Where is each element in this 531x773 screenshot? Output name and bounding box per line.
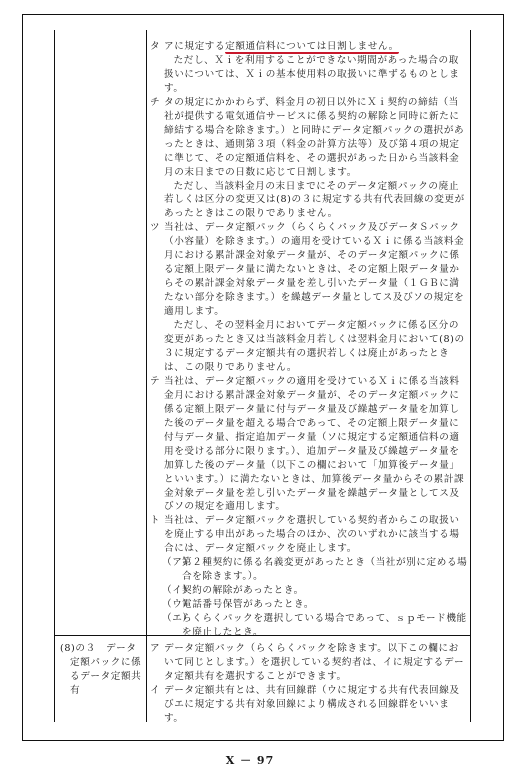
clause-mark: テ [150, 375, 160, 389]
table-column-divider [146, 30, 147, 722]
clause-chi: チ タの規定にかかわらず、料金月の初日以外にＸｉ契約の締結（当社が提供する電気通… [150, 96, 468, 222]
clause-lead: アに規定する [164, 41, 225, 52]
clause-a: ア データ定額パック（らくらくパックを除きます。以下この欄において同じとします。… [150, 642, 468, 684]
clause-i: イ データ定額共有とは、共有回線群（ウに規定する共有代表回線及びエに規定する共有… [150, 684, 468, 726]
clause-mark: ア [150, 642, 160, 656]
table-left-border [54, 30, 55, 722]
section2-content: ア データ定額パック（らくらくパックを除きます。以下この欄において同じとします。… [150, 642, 468, 726]
subclause-body: らくらくパックを選択している場合であって、ｓｐモード機能を廃止したとき。 [182, 612, 468, 640]
clause-mark: イ [150, 684, 160, 698]
clause-mark: タ [150, 40, 160, 54]
subclause-i: （イ） 契約の解除があったとき。 [150, 584, 468, 598]
section1-content: タ アに規定する定額通信料については日割しません。 ただし、Ｘｉを利用することが… [150, 40, 468, 640]
clause-body: 当社は、データ定額パックを選択している契約者からこの取扱いを廃止する申出があった… [164, 514, 468, 556]
subclause-body: 電話番号保管があったとき。 [182, 598, 468, 612]
clause-ta: タ アに規定する定額通信料については日割しません。 ただし、Ｘｉを利用することが… [150, 40, 468, 96]
highlighted-text: 定額通信料については日割しません。 [225, 41, 399, 54]
clause-body: データ定額共有とは、共有回線群（ウに規定する共有代表回線及びエに規定する共有対象… [164, 684, 468, 726]
subclause-mark: （ウ） [162, 598, 193, 612]
clause-te: テ 当社は、データ定額パックの適用を受けているＸｉに係る当該料金月における累計課… [150, 375, 468, 515]
subclause-body: 第２種契約に係る名義変更があったとき（当社が別に定める場合を除きます。）。 [182, 556, 468, 584]
clause-proviso: ただし、Ｘｉを利用することができない期間があった場合の取扱いについては、Ｘｉの基… [164, 54, 468, 96]
clause-mark: ト [150, 514, 160, 528]
table-right-border [470, 30, 471, 722]
section2-label-rest: 定額パックに係るデータ定額共有 [60, 656, 144, 698]
clause-to: ト 当社は、データ定額パックを選択している契約者からこの取扱いを廃止する申出があ… [150, 514, 468, 556]
clause-body: データ定額パック（らくらくパックを除きます。以下この欄において同じとします。）を… [164, 642, 468, 684]
section2-label-first: (8)の３ データ [60, 642, 144, 656]
clause-body: タの規定にかかわらず、料金月の初日以外にＸｉ契約の締結（当社が提供する電気通信サ… [164, 96, 468, 180]
subclause-a: （ア） 第２種契約に係る名義変更があったとき（当社が別に定める場合を除きます。）… [150, 556, 468, 584]
section2-label: (8)の３ データ 定額パックに係るデータ定額共有 [60, 642, 144, 698]
clause-body: 当社は、データ定額パック（らくらくパック及びデータＳパック（小容量）を除きます。… [164, 221, 468, 319]
subclause-mark: （エ） [162, 612, 193, 626]
clause-tsu: ツ 当社は、データ定額パック（らくらくパック及びデータＳパック（小容量）を除きま… [150, 221, 468, 374]
subclause-e: （エ） らくらくパックを選択している場合であって、ｓｐモード機能を廃止したとき。 [150, 612, 468, 640]
subclause-u: （ウ） 電話番号保管があったとき。 [150, 598, 468, 612]
clause-mark: ツ [150, 221, 160, 235]
page-number: X － 97 [0, 752, 500, 768]
clause-body: 当社は、データ定額パックの適用を受けているＸｉに係る当該料金月における累計課金対… [164, 375, 468, 515]
subclause-mark: （ア） [162, 556, 193, 570]
subclause-mark: （イ） [162, 584, 193, 598]
clause-mark: チ [150, 96, 160, 110]
clause-proviso: ただし、その翌料金月においてデータ定額パックに係る区分の変更があったとき又は当該… [164, 319, 468, 375]
clause-proviso: ただし、当該料金月の末日までにそのデータ定額パックの廃止若しくは区分の変更又は(… [164, 180, 468, 222]
subclause-body: 契約の解除があったとき。 [182, 584, 468, 598]
